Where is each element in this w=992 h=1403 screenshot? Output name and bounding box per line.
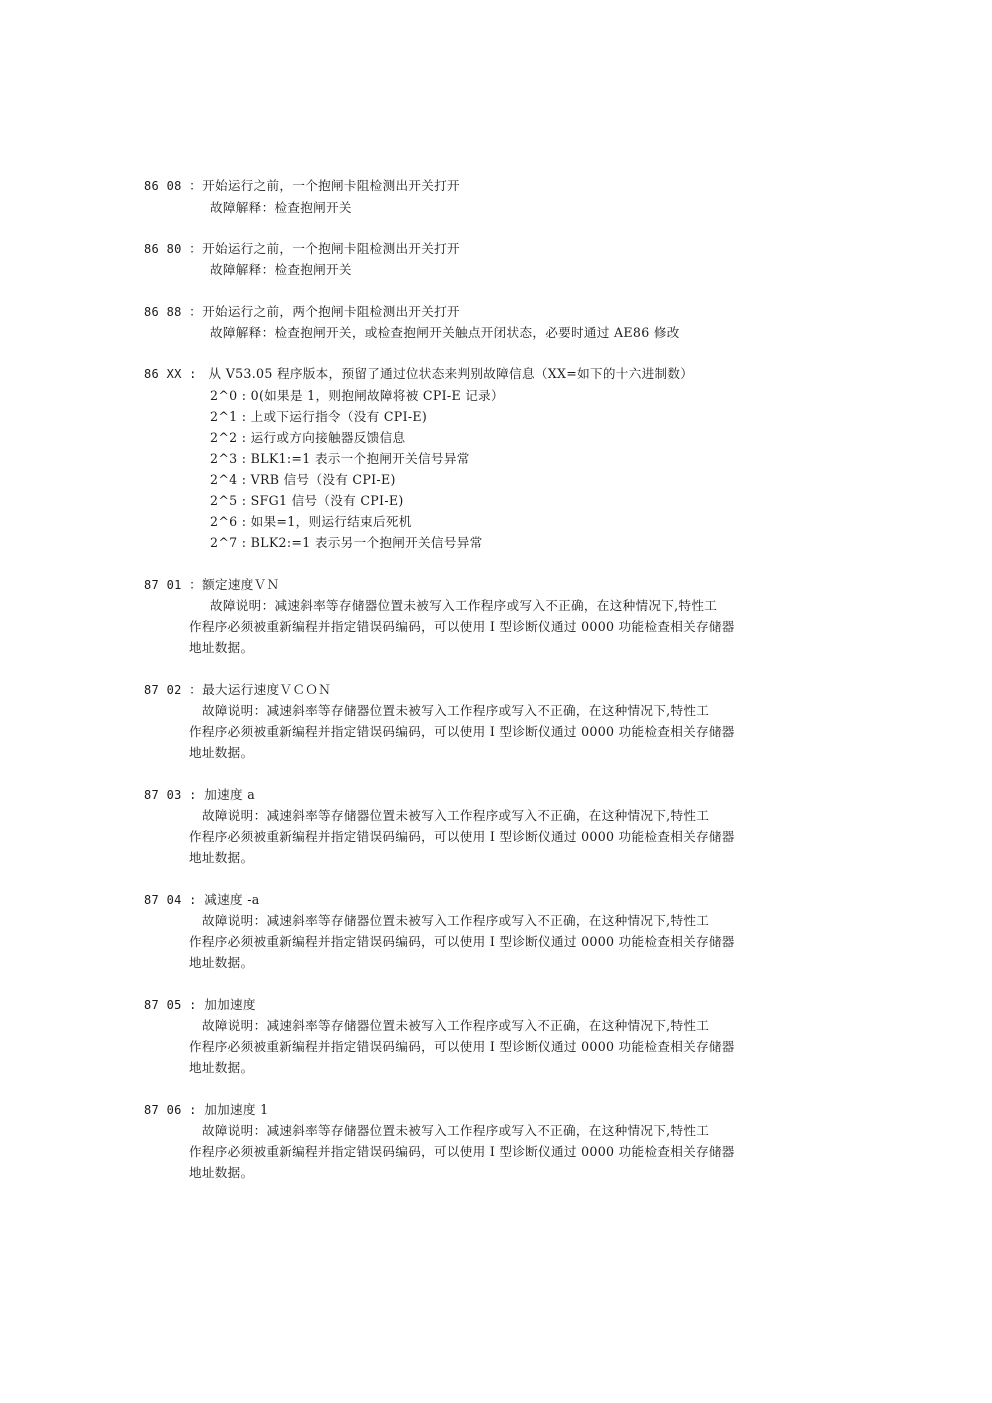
bit-line-4: 2^4 : VRB 信号（没有 CPI-E) — [210, 472, 396, 488]
entry-87-02-desc-line-1: 故障说明：减速斜率等存储器位置未被写入工作程序或写入不正确，在这种情况下,特性工 — [202, 703, 709, 719]
entry-87-04-desc-line-2: 作程序必须被重新编程并指定错误码编码，可以使用 I 型诊断仪通过 0000 功能… — [189, 934, 735, 950]
error-code: 87 05 — [144, 998, 189, 1012]
entry-87-02-heading: 87 02 ：最大运行速度ＶＣＯＮ — [144, 682, 331, 698]
entry-87-04-desc-line-1: 故障说明：减速斜率等存储器位置未被写入工作程序或写入不正确，在这种情况下,特性工 — [202, 913, 709, 929]
separator: ： — [189, 241, 202, 256]
entry-86-88-explanation: 故障解释：检查抱闸开关，或检查抱闸开关触点开闭状态，必要时通过 AE86 修改 — [210, 325, 680, 341]
bit-line-2: 2^2 : 运行或方向接触器反馈信息 — [210, 430, 405, 446]
separator: ： — [189, 682, 202, 697]
entry-title: 减速度 -a — [204, 892, 259, 907]
separator: : — [189, 367, 204, 381]
bit-line-0: 2^0 : 0(如果是 1，则抱闸故障将被 CPI-E 记录） — [210, 388, 504, 404]
entry-title: 最大运行速度ＶＣＯＮ — [202, 682, 331, 697]
error-code: 86 80 — [144, 242, 189, 256]
entry-87-06-desc-line-2: 作程序必须被重新编程并指定错误码编码，可以使用 I 型诊断仪通过 0000 功能… — [189, 1144, 735, 1160]
error-code: 86 XX — [144, 367, 189, 381]
separator: ： — [189, 577, 202, 592]
error-code: 87 06 — [144, 1103, 189, 1117]
entry-87-04-heading: 87 04 : 减速度 -a — [144, 892, 260, 908]
entry-87-03-desc-line-1: 故障说明：减速斜率等存储器位置未被写入工作程序或写入不正确，在这种情况下,特性工 — [202, 808, 709, 824]
error-code: 87 03 — [144, 788, 189, 802]
entry-87-03-desc-line-2: 作程序必须被重新编程并指定错误码编码，可以使用 I 型诊断仪通过 0000 功能… — [189, 829, 735, 845]
entry-title: 开始运行之前，一个抱闸卡阻检测出开关打开 — [202, 241, 460, 256]
bit-line-7: 2^7 : BLK2:=1 表示另一个抱闸开关信号异常 — [210, 535, 483, 551]
separator: : — [189, 788, 204, 802]
entry-87-02-desc-line-3: 地址数据。 — [189, 745, 253, 761]
entry-87-01-desc-line-2: 作程序必须被重新编程并指定错误码编码，可以使用 I 型诊断仪通过 0000 功能… — [189, 619, 735, 635]
entry-87-03-desc-line-3: 地址数据。 — [189, 850, 253, 866]
separator: : — [189, 998, 204, 1012]
entry-87-01-desc-line-3: 地址数据。 — [189, 640, 253, 656]
entry-86-88-heading: 86 88 ：开始运行之前，两个抱闸卡阻检测出开关打开 — [144, 304, 460, 320]
error-code: 87 04 — [144, 893, 189, 907]
entry-title: 开始运行之前，两个抱闸卡阻检测出开关打开 — [202, 304, 460, 319]
entry-86-08-explanation: 故障解释：检查抱闸开关 — [210, 200, 352, 216]
entry-86-80-explanation: 故障解释：检查抱闸开关 — [210, 262, 352, 278]
entry-title: 加加速度 — [204, 997, 256, 1012]
entry-86-xx-heading: 86 XX : 从 V53.05 程序版本，预留了通过位状态来判别故障信息（XX… — [144, 366, 693, 382]
entry-title: 加速度 a — [204, 787, 255, 802]
entry-title: 开始运行之前，一个抱闸卡阻检测出开关打开 — [202, 178, 460, 193]
entry-title: 从 V53.05 程序版本，预留了通过位状态来判别故障信息（XX=如下的十六进制… — [204, 366, 693, 381]
entry-87-02-desc-line-2: 作程序必须被重新编程并指定错误码编码，可以使用 I 型诊断仪通过 0000 功能… — [189, 724, 735, 740]
entry-87-03-heading: 87 03 : 加速度 a — [144, 787, 255, 803]
entry-87-06-heading: 87 06 : 加加速度 1 — [144, 1102, 268, 1118]
entry-title: 额定速度ＶＮ — [202, 577, 279, 592]
entry-87-04-desc-line-3: 地址数据。 — [189, 955, 253, 971]
error-code: 87 01 — [144, 578, 189, 592]
entry-87-01-heading: 87 01 ：额定速度ＶＮ — [144, 577, 279, 593]
bit-line-3: 2^3 : BLK1:=1 表示一个抱闸开关信号异常 — [210, 451, 470, 467]
entry-86-08-heading: 86 08 ：开始运行之前，一个抱闸卡阻检测出开关打开 — [144, 178, 460, 194]
entry-87-01-desc-line-1: 故障说明：减速斜率等存储器位置未被写入工作程序或写入不正确，在这种情况下,特性工 — [210, 598, 717, 614]
entry-87-05-desc-line-3: 地址数据。 — [189, 1060, 253, 1076]
entry-87-06-desc-line-1: 故障说明：减速斜率等存储器位置未被写入工作程序或写入不正确，在这种情况下,特性工 — [202, 1123, 709, 1139]
bit-line-6: 2^6 : 如果=1，则运行结束后死机 — [210, 514, 412, 530]
error-code: 86 08 — [144, 179, 189, 193]
bit-line-5: 2^5 : SFG1 信号（没有 CPI-E) — [210, 493, 404, 509]
separator: : — [189, 1103, 204, 1117]
entry-87-06-desc-line-3: 地址数据。 — [189, 1165, 253, 1181]
entry-86-80-heading: 86 80 ：开始运行之前，一个抱闸卡阻检测出开关打开 — [144, 241, 460, 257]
entry-title: 加加速度 1 — [204, 1102, 268, 1117]
separator: : — [189, 893, 204, 907]
entry-87-05-heading: 87 05 : 加加速度 — [144, 997, 256, 1013]
entry-87-05-desc-line-2: 作程序必须被重新编程并指定错误码编码，可以使用 I 型诊断仪通过 0000 功能… — [189, 1039, 735, 1055]
error-code: 87 02 — [144, 683, 189, 697]
entry-87-05-desc-line-1: 故障说明：减速斜率等存储器位置未被写入工作程序或写入不正确，在这种情况下,特性工 — [202, 1018, 709, 1034]
error-code: 86 88 — [144, 305, 189, 319]
document-page: 86 08 ：开始运行之前，一个抱闸卡阻检测出开关打开 故障解释：检查抱闸开关 … — [0, 0, 992, 1403]
separator: ： — [189, 304, 202, 319]
bit-line-1: 2^1 : 上或下运行指令（没有 CPI-E) — [210, 409, 427, 425]
separator: ： — [189, 178, 202, 193]
